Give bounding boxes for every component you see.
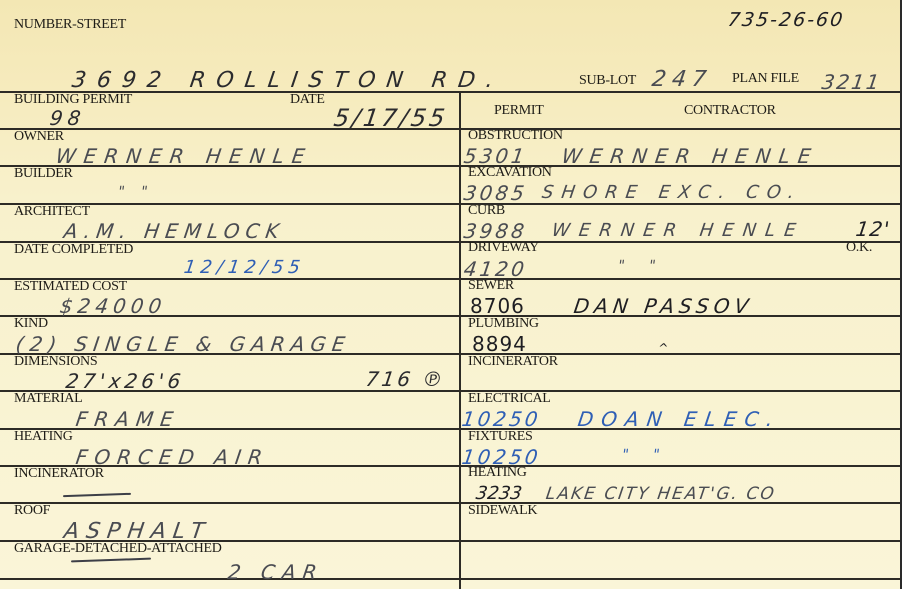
heating-label: HEATING: [14, 430, 73, 444]
incinerator-label: INCINERATOR: [14, 467, 104, 481]
architect-label: ARCHITECT: [14, 205, 90, 219]
date-label: DATE: [290, 93, 325, 107]
plan-file-value: 3211: [821, 72, 883, 92]
architect-value: A.M. HEMLOCK: [63, 221, 286, 241]
garage-label: GARAGE-DETACHED-ATTACHED: [14, 542, 222, 556]
dimensions-label: DIMENSIONS: [14, 355, 97, 369]
contractor-header: CONTRACTOR: [684, 104, 776, 118]
builder-value: " ": [117, 182, 155, 202]
building-permit-value: 98: [49, 108, 87, 128]
curb-permit: 3988: [463, 221, 529, 241]
sub-lot-value: 247: [651, 70, 714, 90]
kind-value: (2) SINGLE & GARAGE: [15, 334, 353, 354]
curb-note: 12': [855, 219, 892, 239]
sidewalk-label: SIDEWALK: [468, 504, 537, 518]
driveway-label: DRIVEWAY: [468, 241, 539, 255]
driveway-note: O.K.: [846, 241, 872, 255]
driveway-contractor: " ": [617, 256, 667, 276]
excavation-permit: 3085: [463, 183, 529, 203]
dimensions-value: 27'x26'6: [65, 371, 186, 391]
garage-detached-underline: [71, 558, 151, 563]
divider-row: [0, 203, 902, 205]
obstruction-label: OBSTRUCTION: [468, 129, 563, 143]
material-label: MATERIAL: [14, 392, 82, 406]
plumbing-contractor: ^: [657, 338, 675, 358]
divider-column: [459, 92, 461, 589]
date-value: 5/17/55: [333, 108, 449, 128]
material-value: FRAME: [75, 409, 182, 429]
permit-header: PERMIT: [494, 104, 544, 118]
fixtures-permit: 10250: [461, 447, 542, 467]
heating-right-label: HEATING: [468, 466, 527, 480]
curb-contractor: WERNER HENLE: [551, 221, 806, 241]
sewer-permit: 8706: [470, 296, 525, 316]
sewer-contractor: DAN PASSOV: [573, 296, 755, 316]
obstruction-contractor: WERNER HENLE: [561, 146, 820, 166]
builder-label: BUILDER: [14, 167, 73, 181]
heating-contractor: LAKE CITY HEAT'G. CO: [545, 484, 777, 504]
date-completed-value: 12/12/55: [183, 258, 307, 278]
owner-value: WERNER HENLE: [55, 146, 314, 166]
electrical-permit: 10250: [461, 409, 542, 429]
date-completed-label: DATE COMPLETED: [14, 243, 133, 257]
dimensions-extra: 716 ℗: [365, 369, 447, 389]
heating-value: FORCED AIR: [75, 447, 271, 467]
electrical-contractor: DOAN ELEC.: [577, 409, 783, 429]
building-permit-label: BUILDING PERMIT: [14, 93, 132, 107]
fixtures-label: FIXTURES: [468, 430, 533, 444]
kind-label: KIND: [14, 317, 48, 331]
divider-row: [0, 578, 902, 580]
curb-label: CURB: [468, 204, 505, 218]
electrical-label: ELECTRICAL: [468, 392, 551, 406]
divider-row: [0, 278, 902, 280]
fixtures-contractor: " ": [621, 445, 671, 465]
garage-value: 2 CAR: [227, 562, 325, 582]
roof-label: ROOF: [14, 504, 50, 518]
heating-permit: 3233: [475, 484, 524, 504]
incinerator-right-label: INCINERATOR: [468, 355, 558, 369]
estimated-cost-label: ESTIMATED COST: [14, 280, 127, 294]
reference-number: 735-26-60: [727, 10, 846, 30]
roof-value: ASPHALT: [63, 522, 213, 542]
driveway-permit: 4120: [463, 259, 529, 279]
excavation-label: EXCAVATION: [468, 166, 552, 180]
sewer-label: SEWER: [468, 279, 514, 293]
estimated-cost-value: $24000: [59, 296, 168, 316]
plumbing-label: PLUMBING: [468, 317, 539, 331]
plumbing-permit: 8894: [472, 334, 527, 354]
address-value: 3692 ROLLISTON RD.: [71, 71, 506, 91]
number-street-label: NUMBER-STREET: [14, 18, 126, 32]
owner-label: OWNER: [14, 130, 64, 144]
building-permit-card: NUMBER-STREET 735-26-60 3692 ROLLISTON R…: [0, 0, 902, 589]
obstruction-permit: 5301: [463, 146, 529, 166]
excavation-contractor: SHORE EXC. CO.: [541, 183, 804, 203]
incinerator-dash: [63, 493, 131, 497]
plan-file-label: PLAN FILE: [732, 72, 799, 86]
sub-lot-label: SUB-LOT: [579, 74, 636, 88]
